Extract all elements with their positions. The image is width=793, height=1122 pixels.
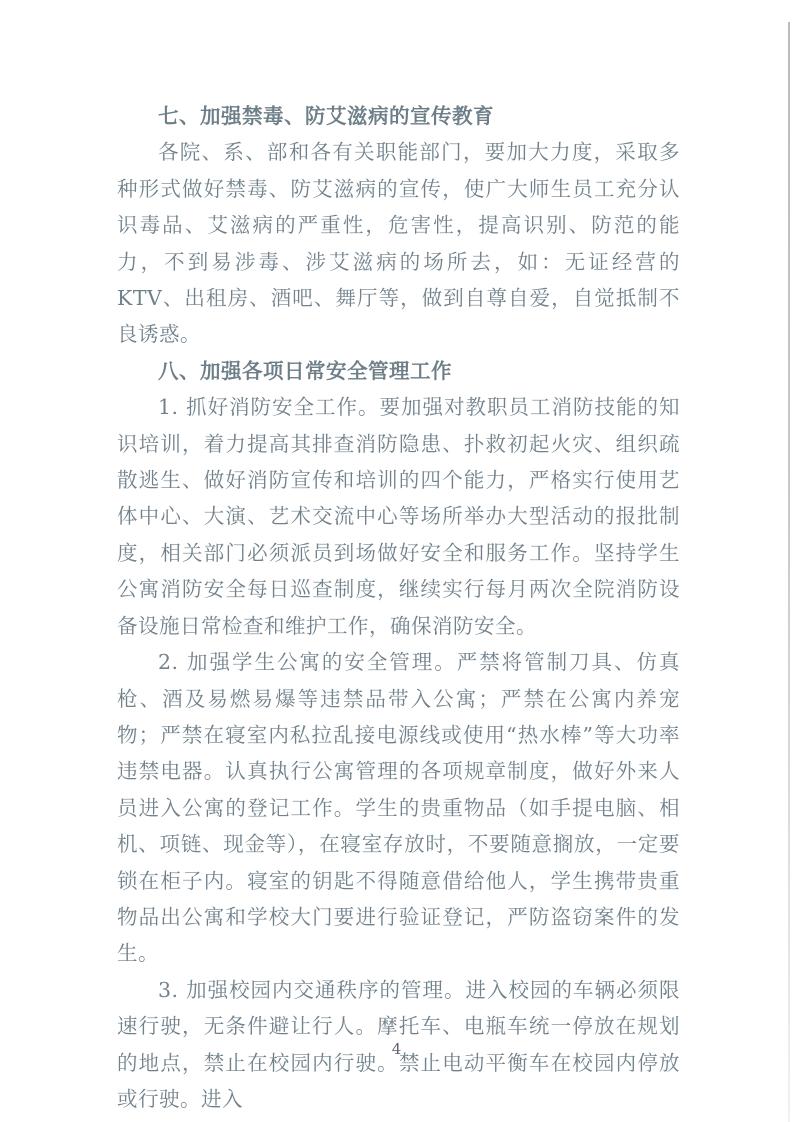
document-body: 七、加强禁毒、防艾滋病的宣传教育 各院、系、部和各有关职能部门，要加大力度，采取…: [117, 98, 680, 1117]
paragraph-section-7-body: 各院、系、部和各有关职能部门，要加大力度，采取多种形式做好禁毒、防艾滋病的宣传，…: [117, 134, 680, 352]
page-number: 4: [0, 1040, 793, 1058]
scan-edge-line: [788, 22, 790, 1122]
paragraph-item-1-fire-safety: 1. 抓好消防安全工作。要加强对教职员工消防技能的知识培训，着力提高其排查消防隐…: [117, 389, 680, 644]
paragraph-item-2-dorm-safety: 2. 加强学生公寓的安全管理。严禁将管制刀具、仿真枪、酒及易燃易爆等违禁品带入公…: [117, 644, 680, 972]
heading-section-7: 七、加强禁毒、防艾滋病的宣传教育: [117, 98, 680, 134]
heading-section-8: 八、加强各项日常安全管理工作: [117, 353, 680, 389]
document-page: 七、加强禁毒、防艾滋病的宣传教育 各院、系、部和各有关职能部门，要加大力度，采取…: [0, 0, 793, 1122]
